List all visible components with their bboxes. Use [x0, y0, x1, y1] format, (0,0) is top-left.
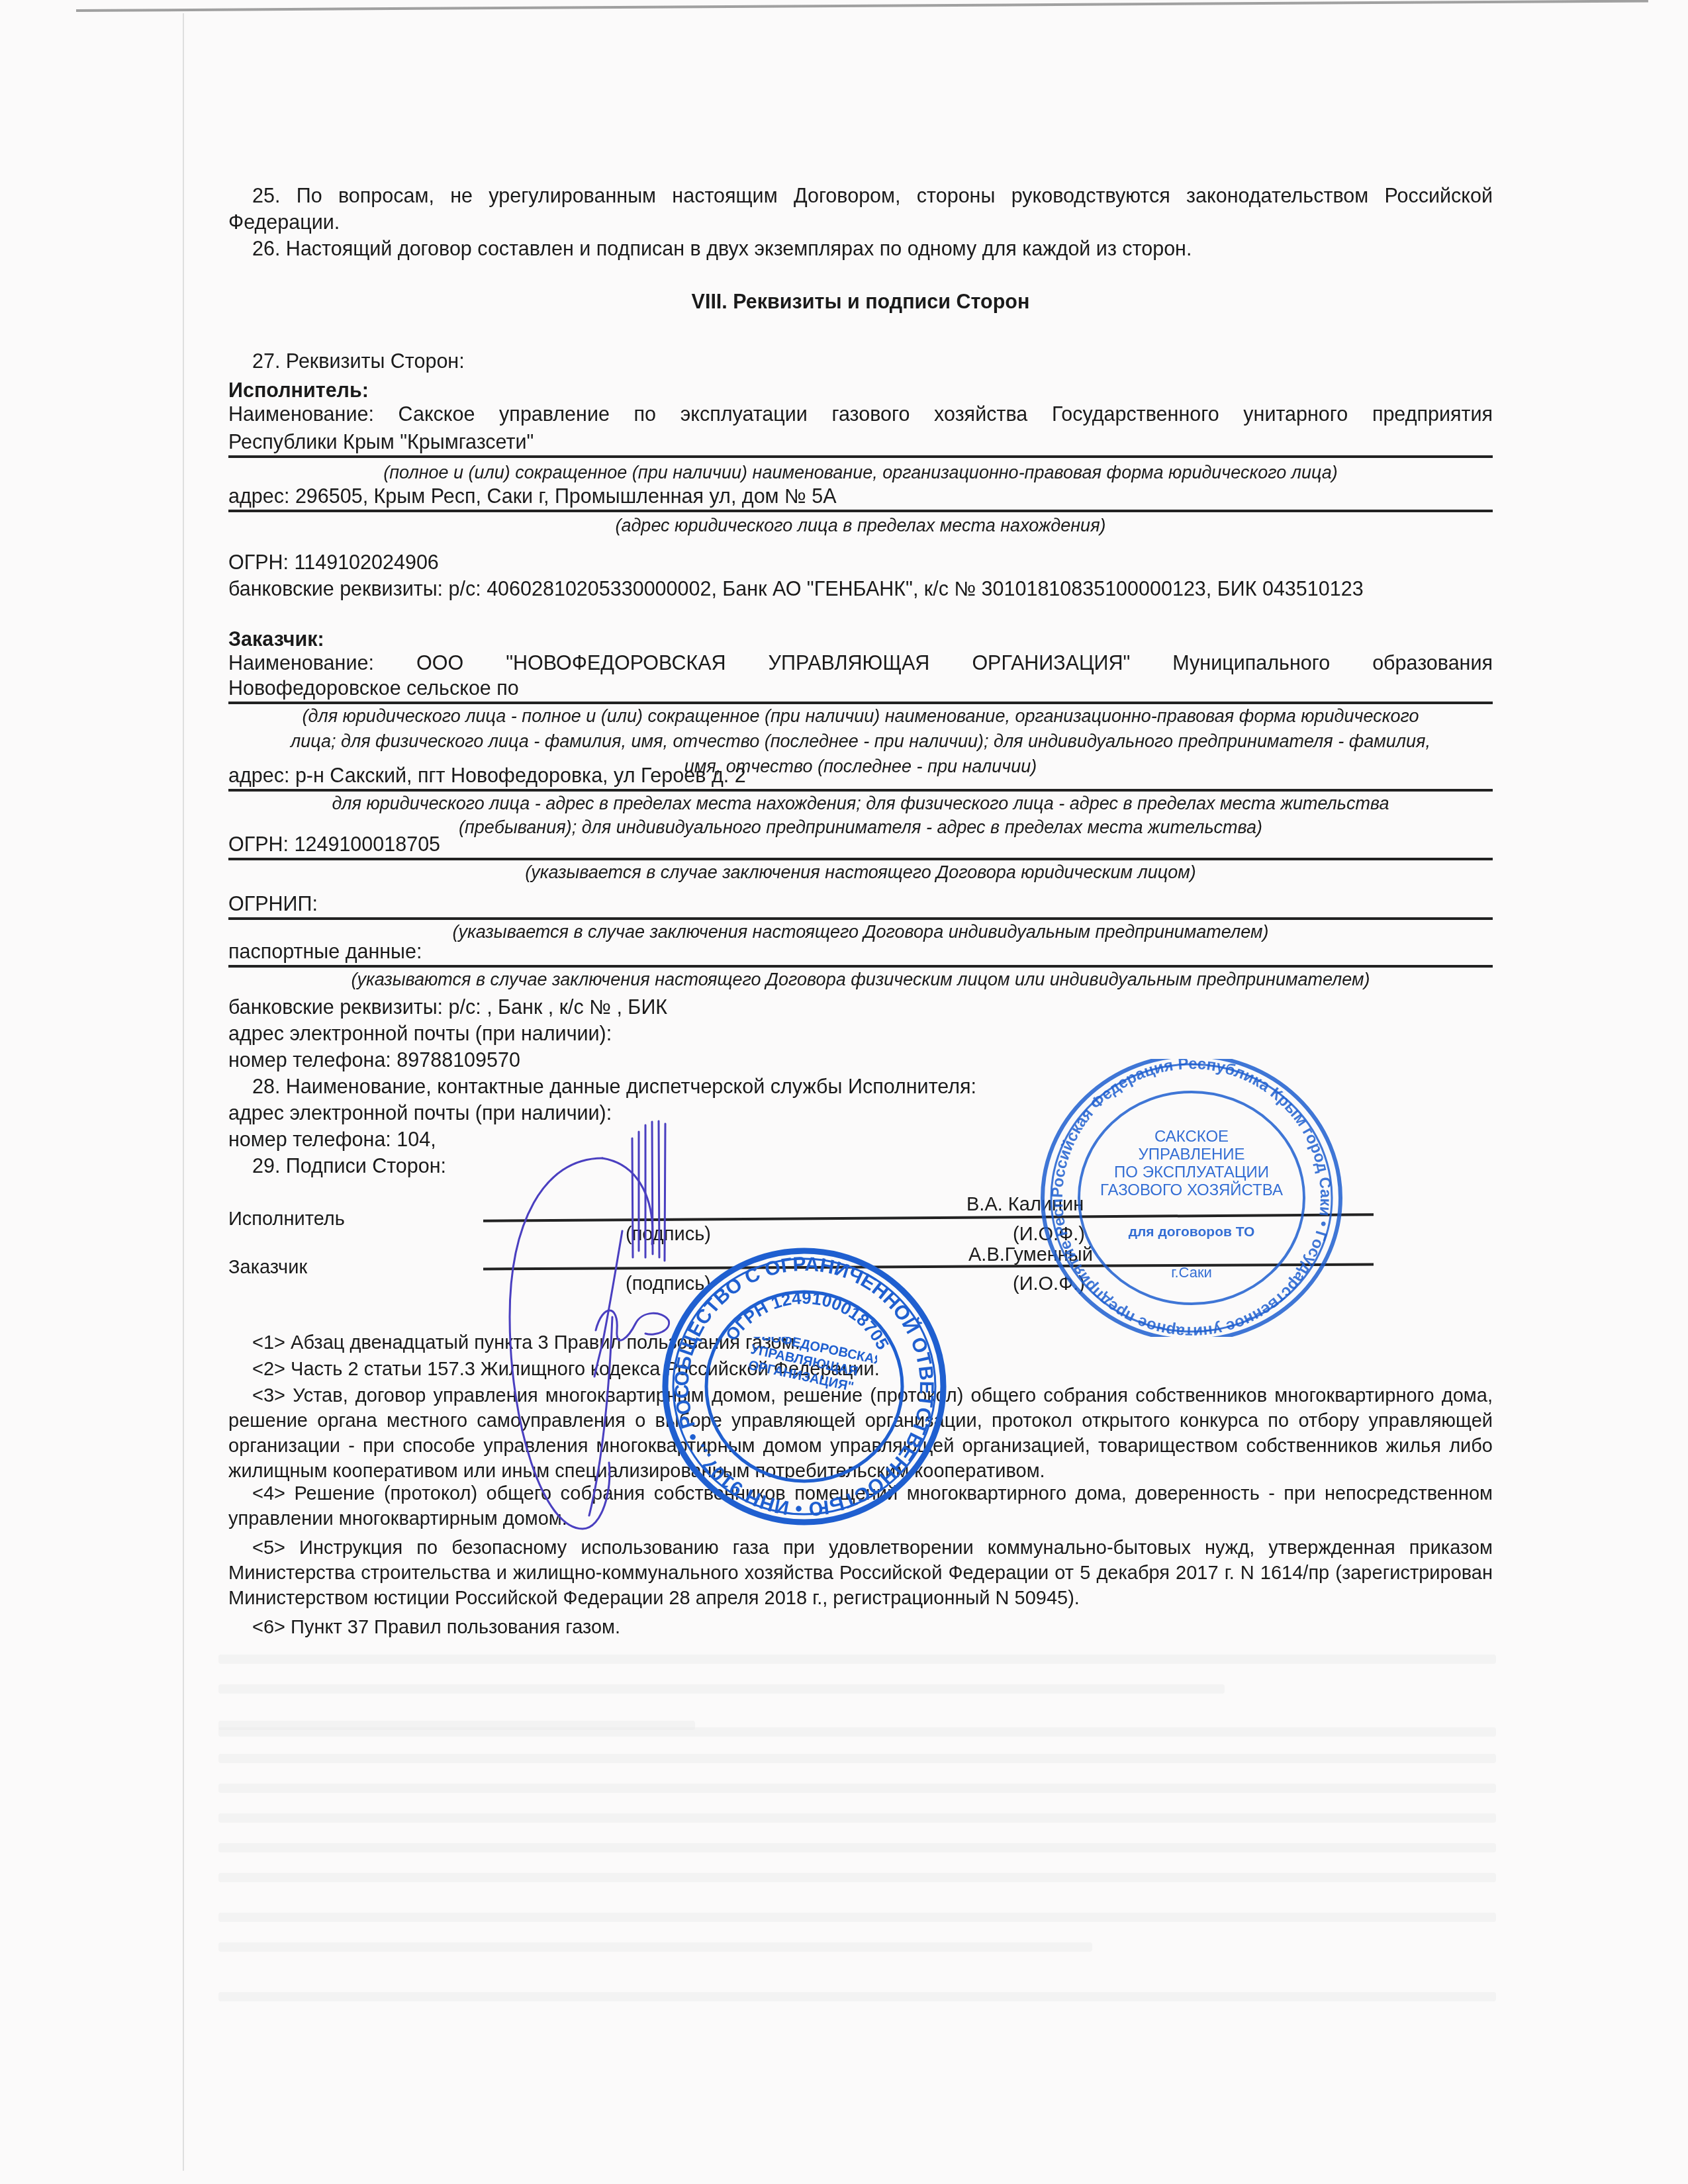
- executor-name-hint: (полное и (или) сокращенное (при наличии…: [228, 461, 1493, 484]
- customer-name-line1: Наименование: ООО "НОВОФЕДОРОВСКАЯ УПРАВ…: [228, 650, 1493, 676]
- svg-text:УПРАВЛЕНИЕ: УПРАВЛЕНИЕ: [1139, 1146, 1245, 1163]
- bleed-through: [218, 1942, 1092, 1952]
- customer-heading: Заказчик:: [228, 626, 1493, 653]
- svg-text:ПО ЭКСПЛУАТАЦИИ: ПО ЭКСПЛУАТАЦИИ: [1114, 1163, 1269, 1181]
- executor-bank: банковские реквизиты: р/с: 4060281020533…: [228, 576, 1493, 602]
- customer-name-hint-2: лица; для физического лица - фамилия, им…: [228, 729, 1493, 753]
- executor-name-line2: Республики Крым "Крымгазсети": [228, 429, 1493, 458]
- executor-name-value: Республики Крым "Крымгазсети": [228, 431, 534, 453]
- customer-address-hint-1: для юридического лица - адрес в пределах…: [228, 792, 1493, 815]
- executor-sign-label: Исполнитель: [228, 1206, 345, 1232]
- bleed-through: [218, 1913, 1496, 1922]
- bleed-through: [218, 1727, 1496, 1737]
- executor-address-hint: (адрес юридического лица в пределах мест…: [228, 514, 1493, 537]
- bleed-through: [218, 1843, 1496, 1852]
- section-title: VIII. Реквизиты и подписи Сторон: [228, 289, 1493, 315]
- customer-address: адрес: р-н Сакский, пгт Новофедоровка, у…: [228, 762, 1493, 792]
- customer-ogrn: ОГРН: 1249100018705: [228, 831, 1493, 860]
- customer-ogrnip-value: ОГРНИП:: [228, 893, 318, 915]
- svg-text:САКСКОЕ: САКСКОЕ: [1154, 1128, 1229, 1146]
- customer-passport: паспортные данные:: [228, 938, 1493, 968]
- clause-25: 25. По вопросам, не урегулированным наст…: [228, 183, 1493, 236]
- customer-name-line2: Новофедоровское сельское по: [228, 675, 1493, 704]
- bleed-through: [218, 1754, 1496, 1763]
- footnote-6: <6> Пункт 37 Правил пользования газом.: [228, 1615, 1493, 1640]
- bleed-through: [218, 1813, 1496, 1823]
- customer-passport-value: паспортные данные:: [228, 940, 422, 963]
- bleed-through: [218, 1684, 1225, 1694]
- footnote-5: <5> Инструкция по безопасному использова…: [228, 1535, 1493, 1611]
- svg-text:г.Саки: г.Саки: [1171, 1264, 1212, 1281]
- customer-ogrnip: ОГРНИП:: [228, 891, 1493, 920]
- customer-passport-hint: (указываются в случае заключения настоящ…: [228, 968, 1493, 991]
- bleed-through: [218, 1784, 1496, 1793]
- requisites-title: 27. Реквизиты Сторон:: [228, 348, 1493, 375]
- bleed-through: [218, 1655, 1496, 1664]
- customer-name-hint-1: (для юридического лица - полное и (или) …: [228, 704, 1493, 728]
- customer-ogrn-value: ОГРН: 1249100018705: [228, 833, 440, 856]
- executor-name-line1: Наименование: Сакское управление по эксп…: [228, 401, 1493, 428]
- customer-address-value: адрес: р-н Сакский, пгт Новофедоровка, у…: [228, 764, 746, 787]
- scan-fold-line: [183, 13, 184, 2171]
- bleed-through: [218, 1873, 1496, 1882]
- customer-bank: банковские реквизиты: р/с: , Банк , к/с …: [228, 994, 1493, 1021]
- executor-address: адрес: 296505, Крым Респ, Саки г, Промыш…: [228, 483, 1493, 512]
- customer-ogrn-hint: (указывается в случае заключения настоящ…: [228, 860, 1493, 884]
- svg-text:для договоров ТО: для договоров ТО: [1129, 1224, 1255, 1240]
- scan-page-edge: [76, 0, 1648, 12]
- executor-signature: [503, 1118, 728, 1542]
- customer-email: адрес электронной почты (при наличии):: [228, 1021, 1493, 1047]
- customer-name-value: Новофедоровское сельское по: [228, 677, 519, 700]
- bleed-through: [218, 1992, 1496, 2001]
- customer-stamp-center: "НОВОФЕДОРОВСКАЯ УПРАВЛЯЮЩАЯ ОРГАНИЗАЦИЯ…: [731, 1337, 877, 1399]
- executor-heading: Исполнитель:: [228, 377, 1493, 404]
- executor-address-value: адрес: 296505, Крым Респ, Саки г, Промыш…: [228, 485, 837, 508]
- executor-stamp: Российская Федерация Республика Крым гор…: [986, 1059, 1397, 1337]
- clause-26: 26. Настоящий договор составлен и подпис…: [228, 236, 1493, 262]
- svg-text:ГАЗОВОГО ХОЗЯЙСТВА: ГАЗОВОГО ХОЗЯЙСТВА: [1100, 1181, 1283, 1199]
- executor-ogrn: ОГРН: 1149102024906: [228, 549, 1493, 576]
- customer-sign-label: Заказчик: [228, 1254, 307, 1281]
